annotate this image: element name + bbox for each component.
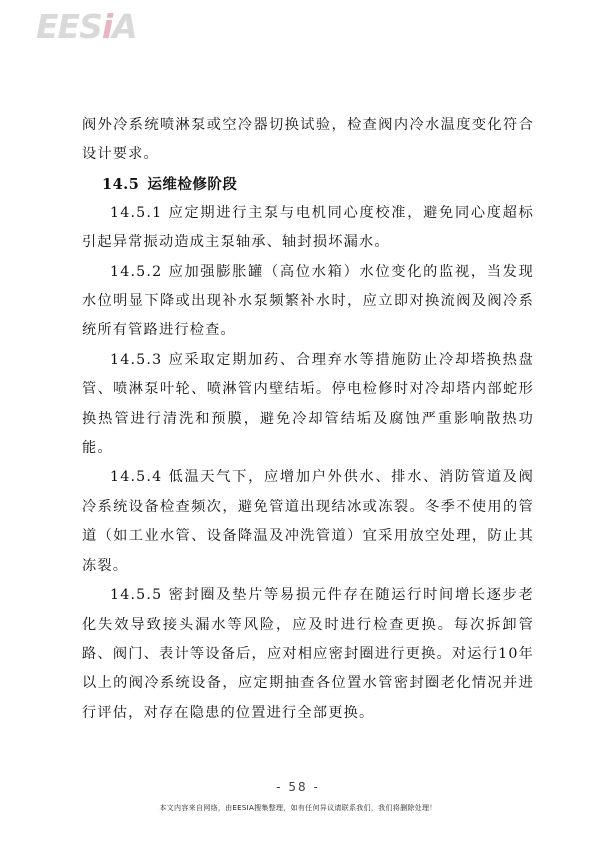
clause-14-5-2: 14.5.2 应加强膨胀罐（高位水箱）水位变化的监视，当发现水位明显下降或出现补… [82, 258, 534, 346]
clause-14-5-4: 14.5.4 低温天气下，应增加户外供水、排水、消防管道及阀冷系统设备检查频次，… [82, 463, 534, 581]
clause-14-5-3: 14.5.3 应采取定期加药、合理弃水等措施防止冷却塔换热盘管、喷淋泵叶轮、喷淋… [82, 346, 534, 464]
section-heading: 14.5运维检修阶段 [82, 170, 534, 199]
logo-text: EES [36, 7, 102, 46]
logo-text-end: A [112, 7, 137, 46]
clause-number: 14.5.1 [110, 205, 162, 221]
logo-accent-letter: i [102, 7, 112, 46]
section-title: 运维检修阶段 [147, 176, 237, 193]
clause-number: 14.5.5 [110, 587, 162, 603]
page-number: - 58 - [0, 780, 596, 794]
document-body: 阀外冷系统喷淋泵或空冷器切换试验，检查阀内冷水温度变化符合设计要求。 14.5运… [82, 111, 534, 728]
footer-disclaimer: 本文内容来自网络，由EESIA搜集整理，如有任何异议请联系我们，我们将删除处理！ [0, 803, 596, 813]
clause-text: 密封圈及垫片等易损元件存在随运行时间增长逐步老化失效导致接头漏水等风险，应及时进… [82, 587, 534, 721]
eesia-logo: EESiA [36, 10, 137, 43]
section-number: 14.5 [102, 176, 139, 193]
clause-number: 14.5.3 [110, 352, 162, 368]
clause-14-5-1: 14.5.1 应定期进行主泵与电机同心度校准，避免同心度超标引起异常振动造成主泵… [82, 199, 534, 258]
clause-number: 14.5.2 [110, 264, 162, 280]
intro-paragraph: 阀外冷系统喷淋泵或空冷器切换试验，检查阀内冷水温度变化符合设计要求。 [82, 111, 534, 170]
clause-14-5-5: 14.5.5 密封圈及垫片等易损元件存在随运行时间增长逐步老化失效导致接头漏水等… [82, 581, 534, 728]
clause-number: 14.5.4 [110, 469, 162, 485]
